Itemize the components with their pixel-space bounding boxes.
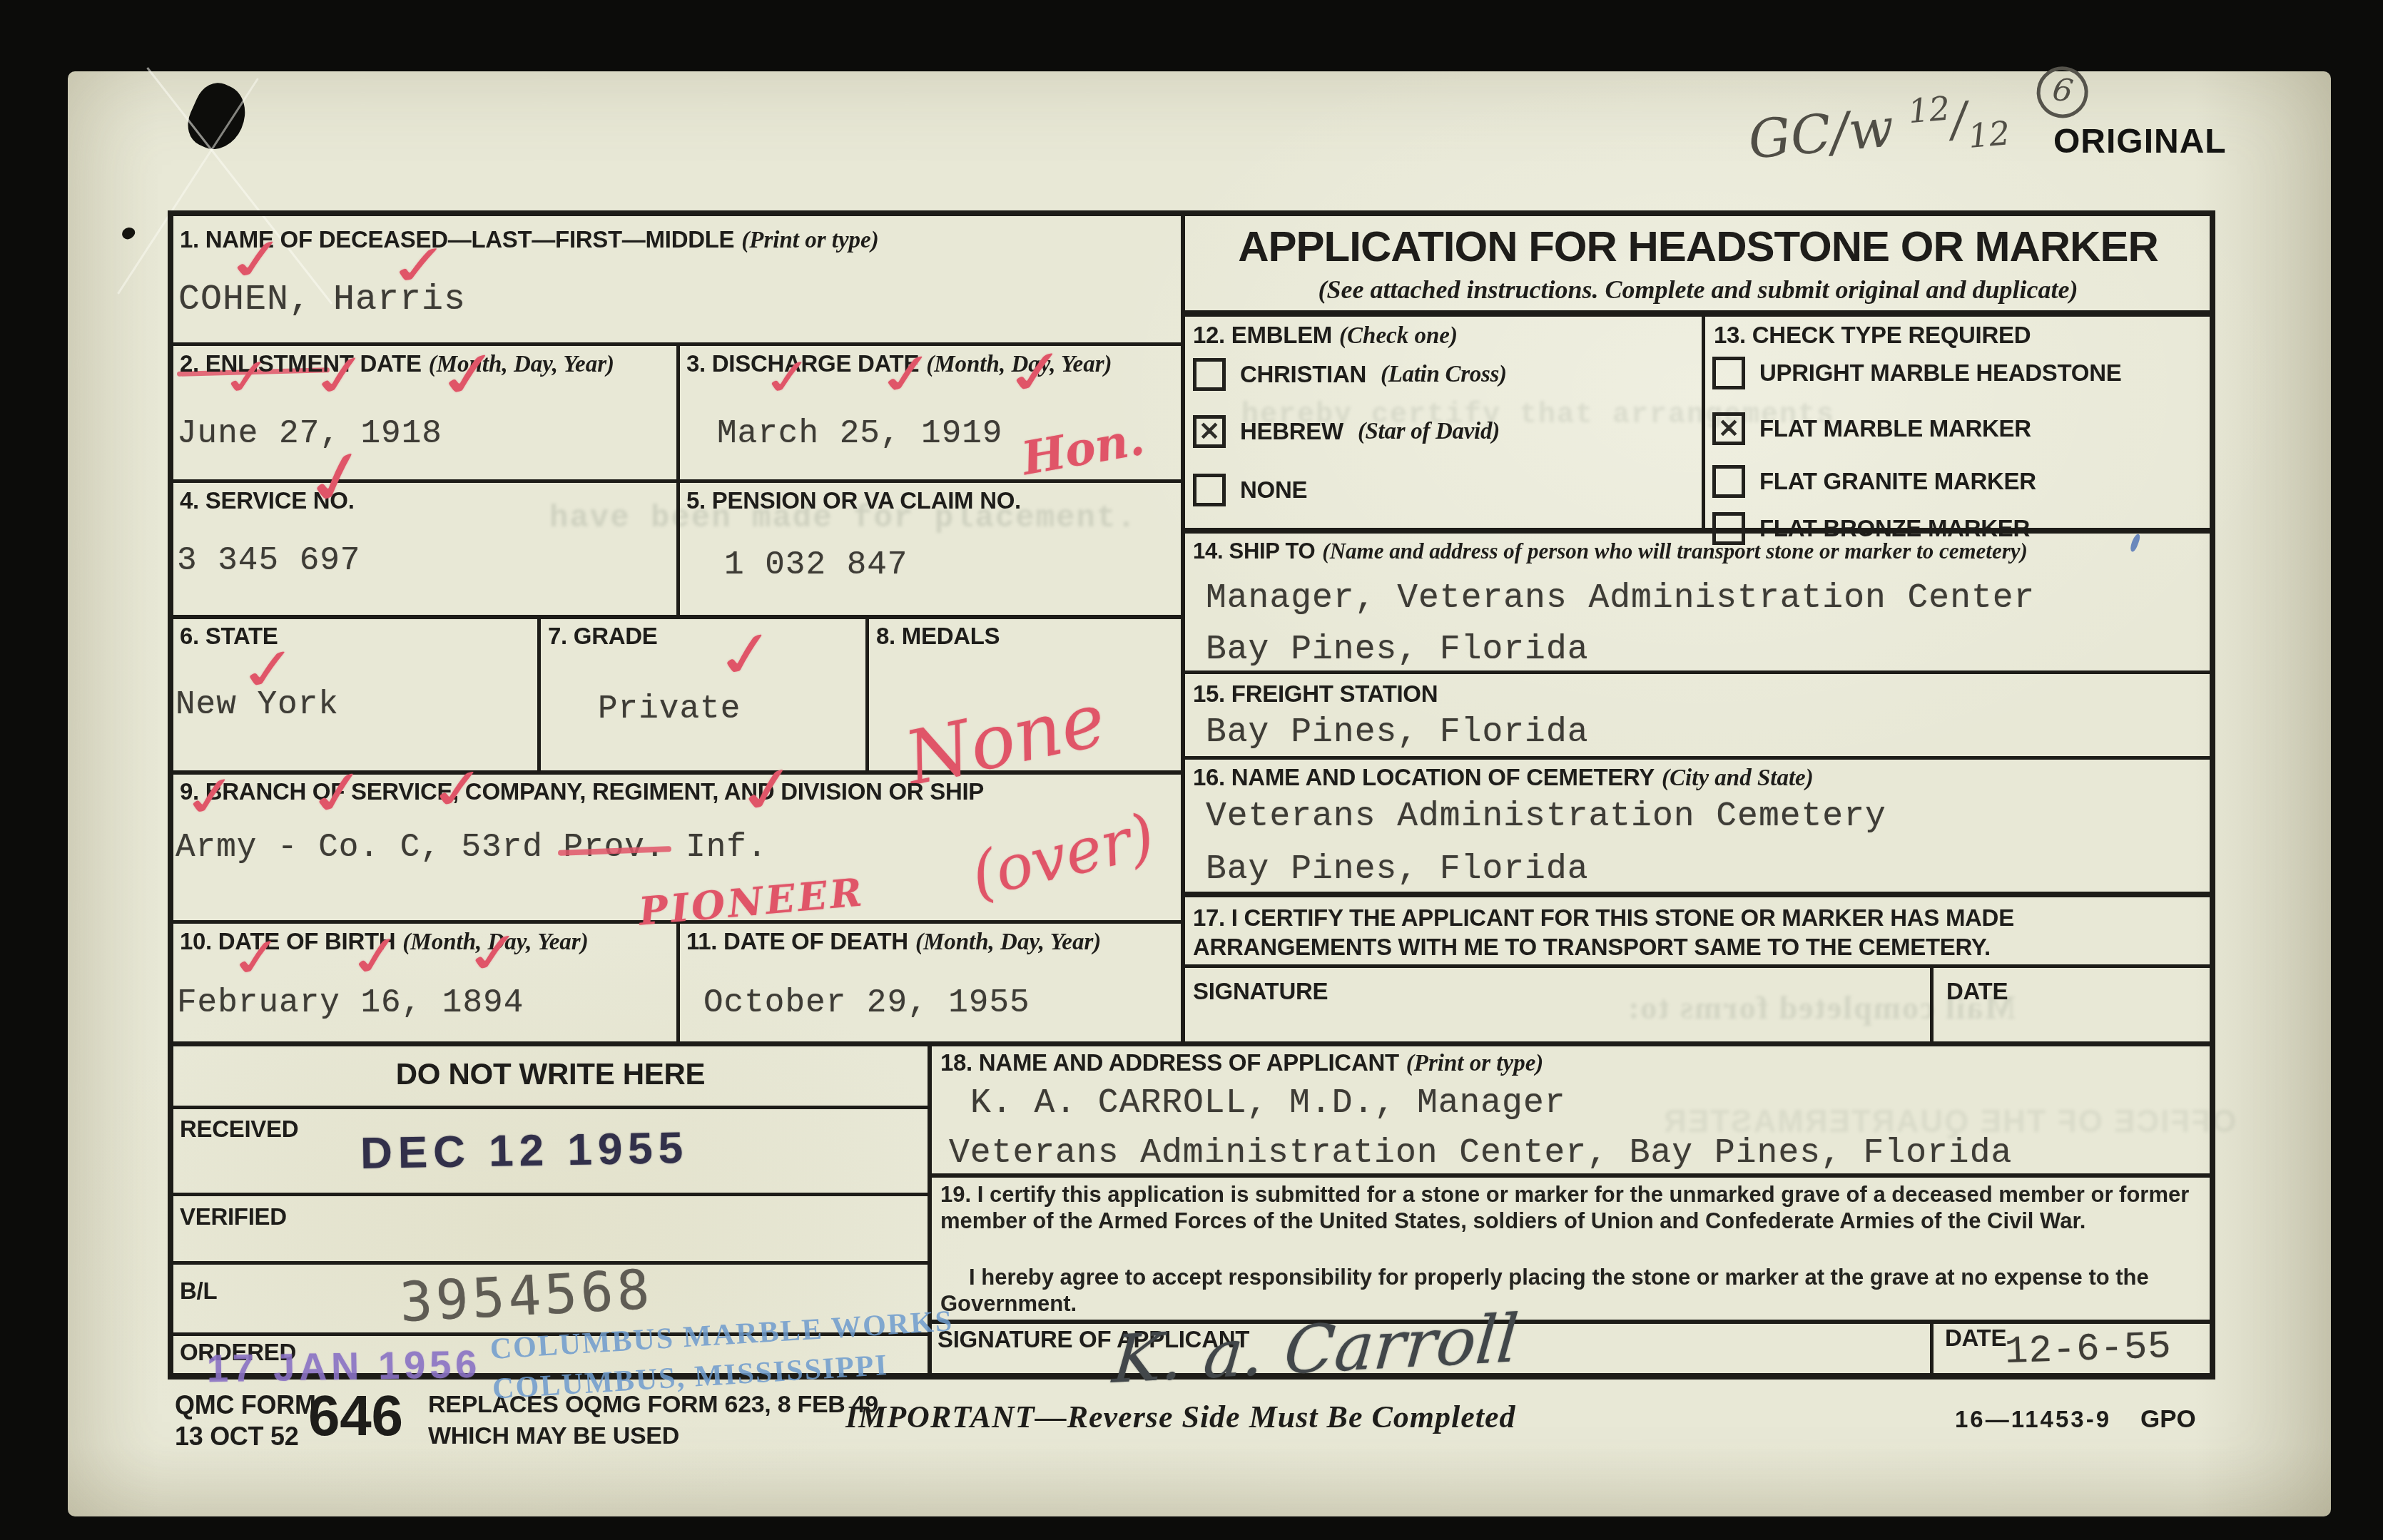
field16-label-note: (City and State) <box>1662 765 1814 791</box>
red-checkmark: ✓ <box>304 344 377 407</box>
bl-label: B/L <box>180 1278 217 1305</box>
emblem-option-none: NONE <box>1193 474 1307 506</box>
original-label: ORIGINAL <box>2053 123 2227 161</box>
emblem-option-hebrew: ✕ HEBREW (Star of David) <box>1193 415 1500 448</box>
field8-label: 8. MEDALS <box>876 623 1000 650</box>
marker-option-upright: UPRIGHT MARBLE HEADSTONE <box>1712 357 2121 389</box>
pencil-fraction-bottom: 12 <box>1966 113 2011 155</box>
form-number: 646 <box>308 1384 403 1448</box>
red-checkmark: ✓ <box>384 235 455 295</box>
red-checkmark: ✓ <box>177 766 245 827</box>
bl-number: 3954568 <box>398 1258 654 1334</box>
field11-label-note: (Month, Day, Year) <box>915 929 1101 955</box>
form-id-line1: QMC FORM <box>175 1391 316 1419</box>
field9-value-post: Inf. <box>666 829 768 866</box>
marker-option-flat-granite: FLAT GRANITE MARKER <box>1712 465 2036 498</box>
red-checkmark: ✓ <box>709 621 783 691</box>
emblem-hebrew-label: HEBREW <box>1240 418 1343 445</box>
field11-label-text: 11. DATE OF DEATH <box>686 928 908 954</box>
field2-label-text: 2. ENLISTMENT DATE <box>180 350 422 377</box>
red-checkmark: ✓ <box>234 638 304 701</box>
red-checkmark: ✓ <box>424 758 492 820</box>
form-title: APPLICATION FOR HEADSTONE OR MARKER <box>1181 223 2215 270</box>
marker-option-flat-marble: ✕ FLAT MARBLE MARKER <box>1712 412 2031 445</box>
field16-value-line1: Veterans Administration Cemetery <box>1206 797 1886 836</box>
red-checkmark: ✓ <box>999 340 1074 407</box>
field16-label-text: 16. NAME AND LOCATION OF CEMETERY <box>1193 764 1655 790</box>
field17-signature-label: SIGNATURE <box>1193 979 1328 1005</box>
red-checkmark: ✓ <box>342 926 410 988</box>
red-checkmark: ✓ <box>300 759 375 827</box>
field18-value-line2: Veterans Administration Center, Bay Pine… <box>949 1134 2012 1173</box>
verified-label: VERIFIED <box>180 1204 287 1230</box>
field15-value: Bay Pines, Florida <box>1206 713 1588 752</box>
red-checkmark: ✓ <box>430 340 507 410</box>
checkbox-christian <box>1193 358 1226 391</box>
field19-para2: I hereby agree to accept responsibility … <box>940 1264 2196 1317</box>
form-id-line2: 13 OCT 52 <box>175 1422 298 1451</box>
field12-label-text: 12. EMBLEM <box>1193 322 1332 348</box>
field3-value: March 25, 1919 <box>717 415 1002 452</box>
emblem-christian-label: CHRISTIAN <box>1240 361 1366 388</box>
field15-label: 15. FREIGHT STATION <box>1193 681 1438 708</box>
received-label: RECEIVED <box>180 1116 298 1143</box>
field17-label: 17. I CERTIFY THE APPLICANT FOR THIS STO… <box>1193 903 2192 962</box>
field19-para1: 19. I certify this application is submit… <box>940 1181 2196 1234</box>
replaces-line2: WHICH MAY BE USED <box>428 1422 679 1449</box>
emblem-hebrew-note: (Star of David) <box>1358 419 1500 445</box>
field18-value-line1: K. A. CARROLL, M.D., Manager <box>970 1084 1566 1123</box>
signature-date-value: 12-6-55 <box>2004 1325 2173 1375</box>
field18-label-note: (Print or type) <box>1406 1051 1543 1076</box>
field9-value-struck: Prov. <box>564 829 666 866</box>
field5-label: 5. PENSION OR VA CLAIM NO. <box>686 488 1021 514</box>
emblem-none-label: NONE <box>1240 476 1307 504</box>
field12-label-note: (Check one) <box>1339 323 1458 349</box>
field14-value-line1: Manager, Veterans Administration Center <box>1206 579 2035 618</box>
field12-label: 12. EMBLEM(Check one) <box>1193 322 1458 350</box>
field18-label-text: 18. NAME AND ADDRESS OF APPLICANT <box>940 1049 1399 1076</box>
red-checkmark: ✓ <box>459 922 528 984</box>
marker-flat-granite-label: FLAT GRANITE MARKER <box>1759 468 2036 495</box>
red-checkmark: ✓ <box>217 351 278 405</box>
field10-value: February 16, 1894 <box>177 984 524 1021</box>
red-checkmark: ✓ <box>871 343 943 406</box>
field11-label: 11. DATE OF DEATH(Month, Day, Year) <box>686 929 1101 956</box>
field7-label: 7. GRADE <box>548 623 657 650</box>
field9-value-pre: Army - Co. C, 53rd <box>176 829 564 866</box>
marker-upright-label: UPRIGHT MARBLE HEADSTONE <box>1759 359 2121 387</box>
pencil-code: GC/w <box>1746 97 1896 170</box>
field17-date-label: DATE <box>1946 979 2008 1005</box>
checkbox-upright-marble <box>1712 357 1745 389</box>
checkbox-none <box>1193 474 1226 506</box>
field4-value: 3 345 697 <box>177 542 360 579</box>
gpo-mark: GPO <box>2140 1405 2196 1433</box>
checkbox-flat-marble: ✕ <box>1712 412 1745 445</box>
print-code: 16—11453-9 <box>1955 1407 2111 1433</box>
checkbox-flat-granite <box>1712 465 1745 498</box>
field14-label-text: 14. SHIP TO <box>1193 539 1315 564</box>
form-subtitle: (See attached instructions. Complete and… <box>1181 275 2215 304</box>
important-notice: IMPORTANT—Reverse Side Must Be Completed <box>845 1399 1516 1434</box>
field13-label: 13. CHECK TYPE REQUIRED <box>1714 322 2031 349</box>
field16-value-line2: Bay Pines, Florida <box>1206 850 1588 889</box>
scanned-document: have been made for placement. hereby cer… <box>0 0 2383 1540</box>
field14-value-line2: Bay Pines, Florida <box>1206 631 1588 669</box>
red-checkmark: ✓ <box>225 929 290 988</box>
red-checkmark: ✓ <box>758 351 818 405</box>
red-checkmark: ✓ <box>220 228 293 291</box>
emblem-option-christian: CHRISTIAN (Latin Cross) <box>1193 358 1507 391</box>
field1-label-note: (Print or type) <box>741 228 878 253</box>
field14-label-note: (Name and address of person who will tra… <box>1322 539 2028 564</box>
field18-label: 18. NAME AND ADDRESS OF APPLICANT(Print … <box>940 1050 1543 1077</box>
field16-label: 16. NAME AND LOCATION OF CEMETERY(City a… <box>1193 765 1814 792</box>
field7-value: Private <box>598 690 741 728</box>
signature-date-label: DATE <box>1945 1325 2006 1352</box>
field5-value: 1 032 847 <box>724 546 908 583</box>
donotwrite-title: DO NOT WRITE HERE <box>173 1057 928 1091</box>
field9-value: Army - Co. C, 53rd Prov. Inf. <box>176 829 768 866</box>
field11-value: October 29, 1955 <box>703 984 1030 1021</box>
field9-label: 9. BRANCH OF SERVICE, COMPANY, REGIMENT,… <box>180 779 984 805</box>
checkbox-hebrew: ✕ <box>1193 415 1226 448</box>
field14-label: 14. SHIP TO(Name and address of person w… <box>1193 539 2028 564</box>
pencil-fraction-top: 12 <box>1906 88 1951 131</box>
received-date-stamp: DEC 12 1955 <box>360 1123 689 1179</box>
red-checkmark: ✓ <box>731 755 806 827</box>
emblem-christian-note: (Latin Cross) <box>1381 362 1507 388</box>
marker-flat-marble-label: FLAT MARBLE MARKER <box>1759 415 2031 442</box>
